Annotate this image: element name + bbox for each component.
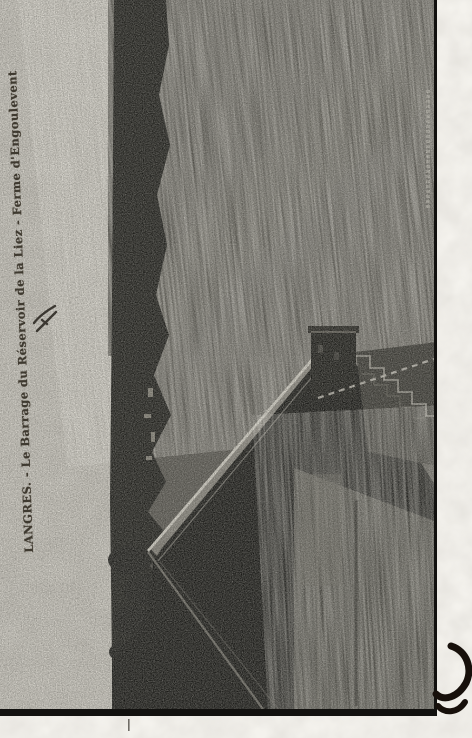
registration-tick xyxy=(128,719,130,731)
photo-bottom-edge xyxy=(0,709,437,716)
postcard: LANGRES. - Le Barrage du Réservoir de la… xyxy=(0,0,472,738)
photograph xyxy=(0,0,472,738)
postcard-photo xyxy=(0,0,472,738)
photo-right-edge xyxy=(434,0,437,716)
film-grain-dark xyxy=(0,0,437,716)
